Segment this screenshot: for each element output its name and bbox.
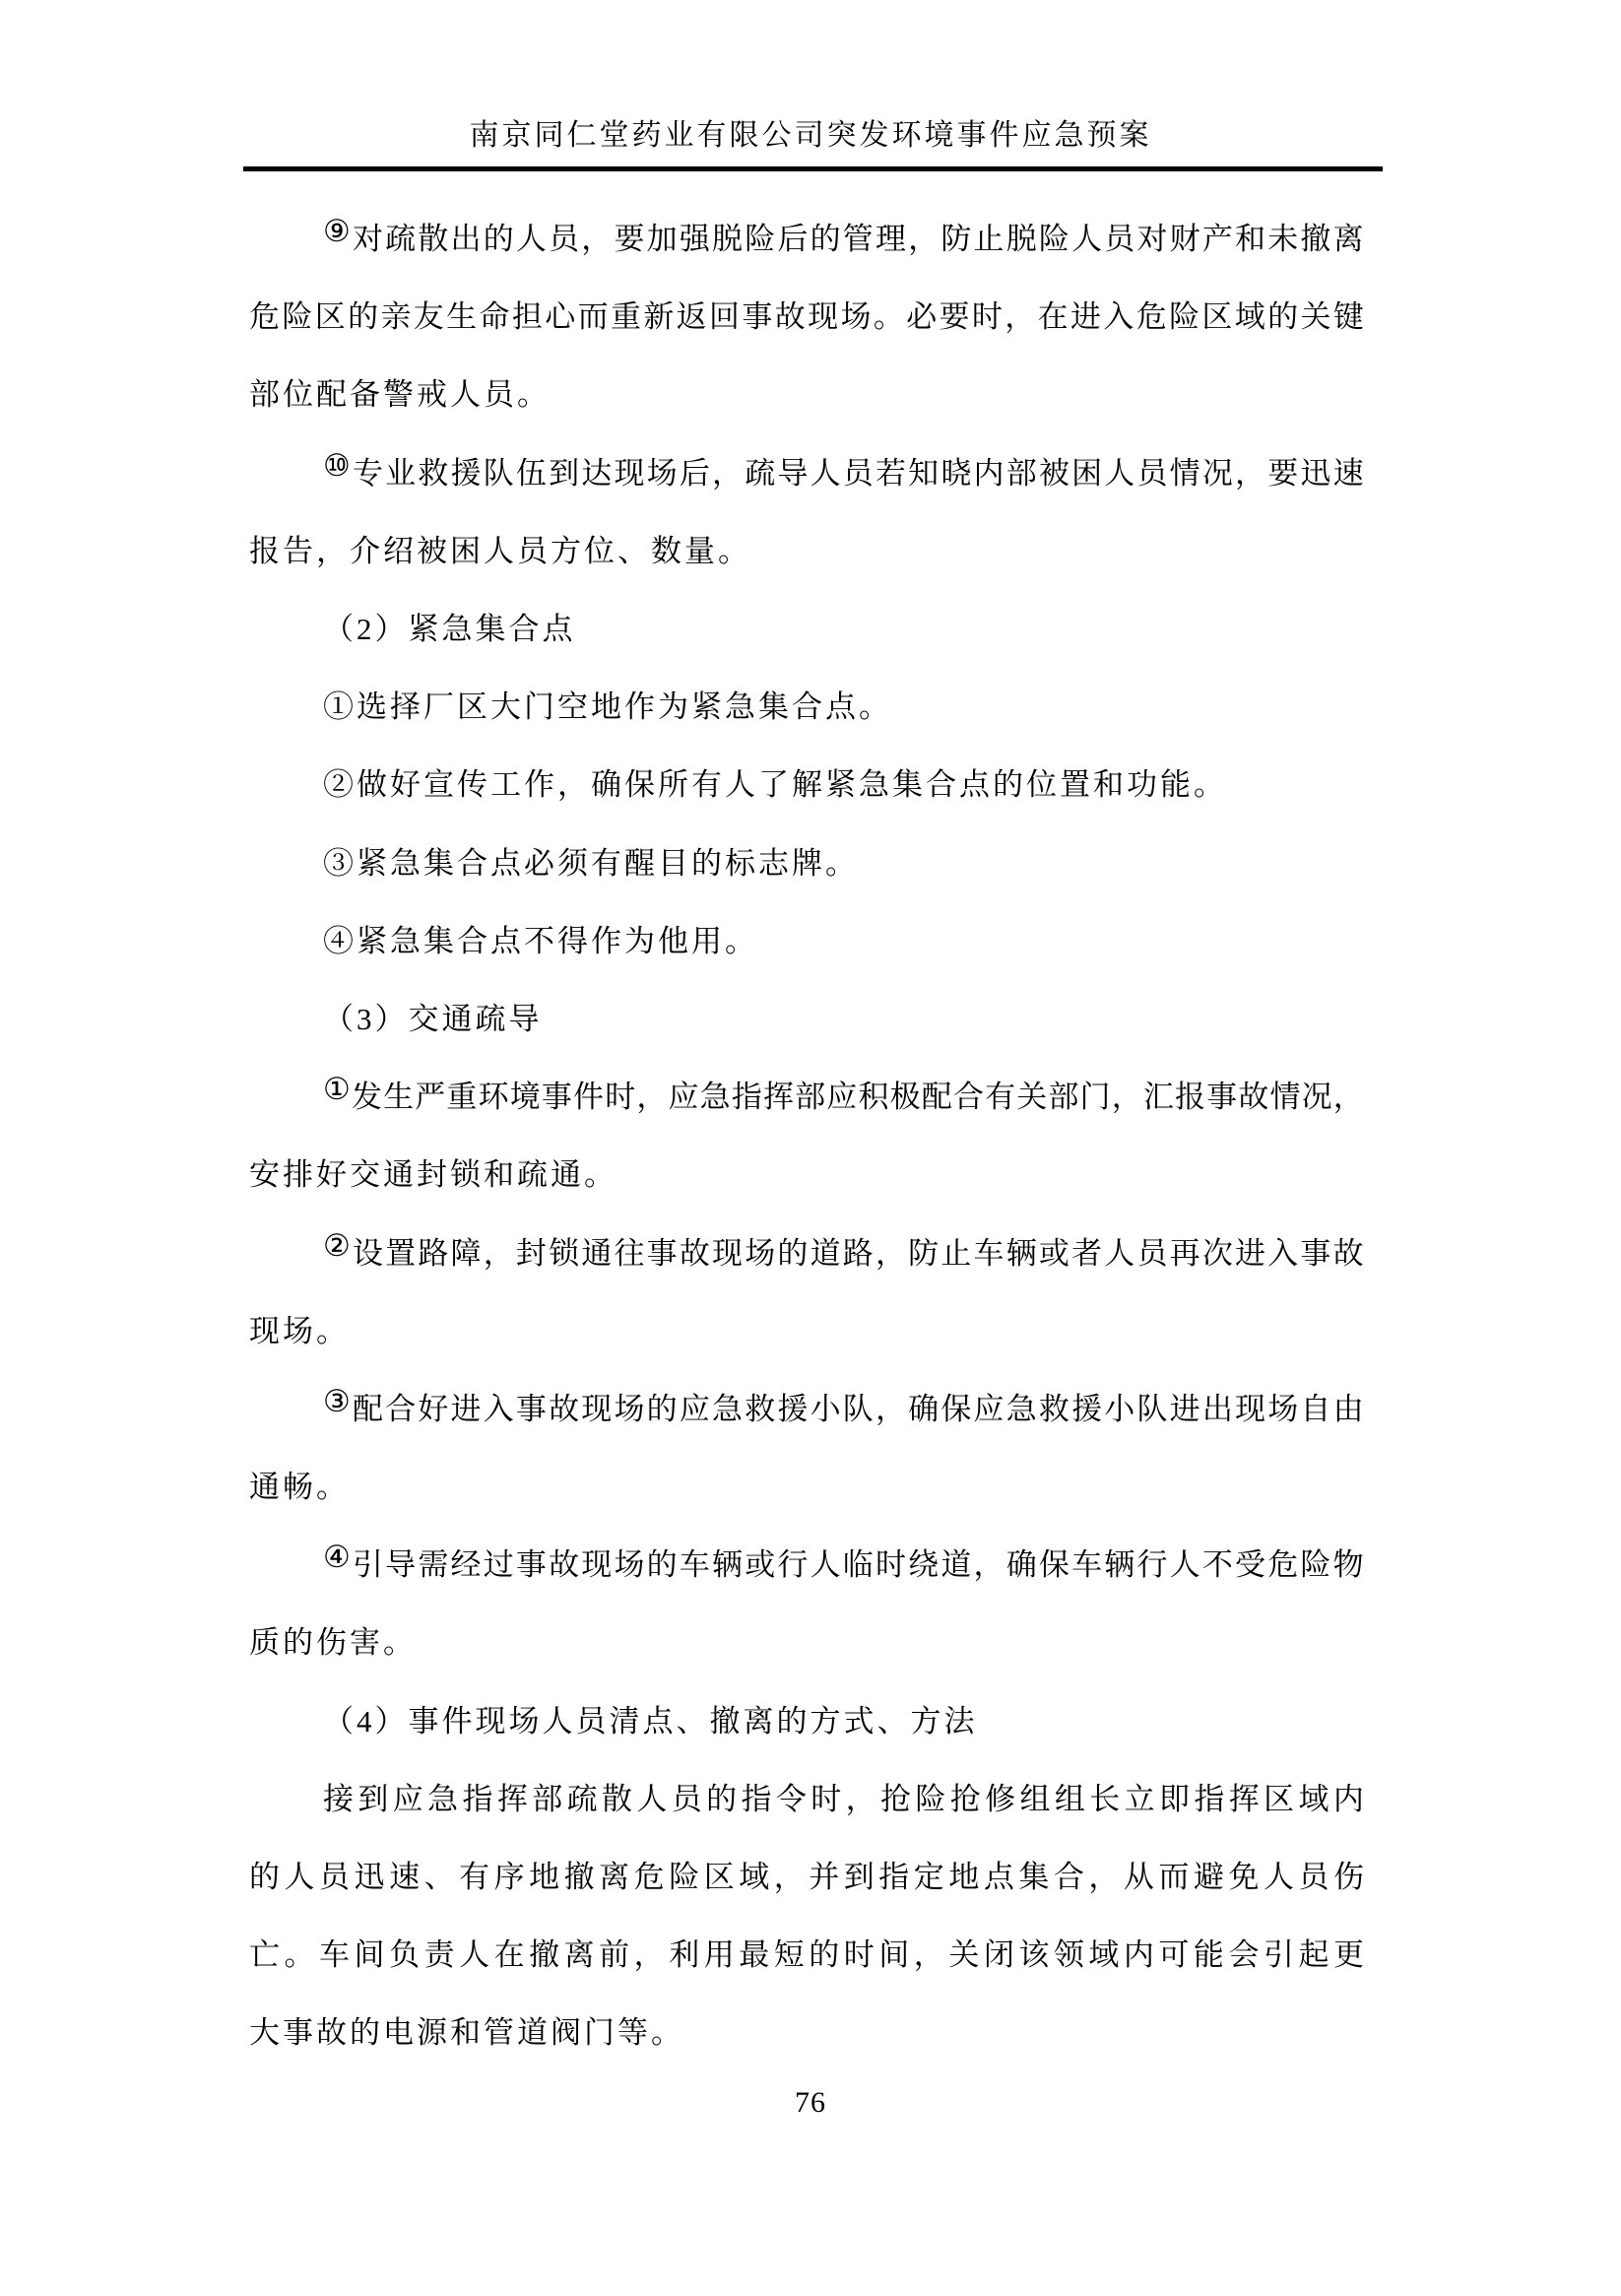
text-line-19: 质的伤害。 bbox=[249, 1601, 1364, 1678]
text-line-2: 危险区的亲友生命担心而重新返回事故现场。必要时，在进入危险区域的关键 bbox=[249, 275, 1364, 353]
text-line-21: 接到应急指挥部疏散人员的指令时，抢险抢修组组长立即指挥区域内 bbox=[249, 1757, 1364, 1835]
text-line-9: ③紧急集合点必须有醒目的标志牌。 bbox=[249, 821, 1364, 899]
text-line-22: 的人员迅速、有序地撤离危险区域，并到指定地点集合，从而避免人员伤 bbox=[249, 1835, 1364, 1913]
text-line-13: 安排好交通封锁和疏通。 bbox=[249, 1133, 1364, 1211]
text-line-5: 报告，介绍被困人员方位、数量。 bbox=[249, 509, 1364, 587]
document-header-title: 南京同仁堂药业有限公司突发环境事件应急预案 bbox=[0, 110, 1621, 154]
text-line-18: ④引导需经过事故现场的车辆或行人临时绕道，确保车辆行人不受危险物 bbox=[249, 1523, 1364, 1601]
document-body: ⑨对疏散出的人员，要加强脱险后的管理，防止脱险人员对财产和未撤离危险区的亲友生命… bbox=[249, 197, 1364, 2069]
text-line-14: ②设置路障，封锁通往事故现场的道路，防止车辆或者人员再次进入事故 bbox=[249, 1211, 1364, 1288]
document-page: 南京同仁堂药业有限公司突发环境事件应急预案 ⑨对疏散出的人员，要加强脱险后的管理… bbox=[0, 0, 1621, 2296]
text-line-23: 亡。车间负责人在撤离前，利用最短的时间，关闭该领域内可能会引起更 bbox=[249, 1913, 1364, 1991]
text-line-17: 通畅。 bbox=[249, 1445, 1364, 1523]
text-line-4: ⑩专业救援队伍到达现场后，疏导人员若知晓内部被困人员情况，要迅速 bbox=[249, 431, 1364, 509]
text-line-7: ①选择厂区大门空地作为紧急集合点。 bbox=[249, 665, 1364, 743]
text-line-1: ⑨对疏散出的人员，要加强脱险后的管理，防止脱险人员对财产和未撤离 bbox=[249, 197, 1364, 275]
text-line-3: 部位配备警戒人员。 bbox=[249, 353, 1364, 430]
text-line-20: （4）事件现场人员清点、撤离的方式、方法 bbox=[249, 1679, 1364, 1757]
page-number: 76 bbox=[0, 2086, 1621, 2120]
text-line-12: ①发生严重环境事件时，应急指挥部应积极配合有关部门，汇报事故情况， bbox=[249, 1055, 1364, 1133]
text-line-6: （2）紧急集合点 bbox=[249, 587, 1364, 665]
text-line-11: （3）交通疏导 bbox=[249, 977, 1364, 1055]
text-line-8: ②做好宣传工作，确保所有人了解紧急集合点的位置和功能。 bbox=[249, 743, 1364, 820]
text-line-15: 现场。 bbox=[249, 1289, 1364, 1367]
text-line-10: ④紧急集合点不得作为他用。 bbox=[249, 899, 1364, 977]
text-line-16: ③配合好进入事故现场的应急救援小队，确保应急救援小队进出现场自由 bbox=[249, 1367, 1364, 1445]
header-rule bbox=[243, 166, 1383, 171]
text-line-24: 大事故的电源和管道阀门等。 bbox=[249, 1991, 1364, 2068]
